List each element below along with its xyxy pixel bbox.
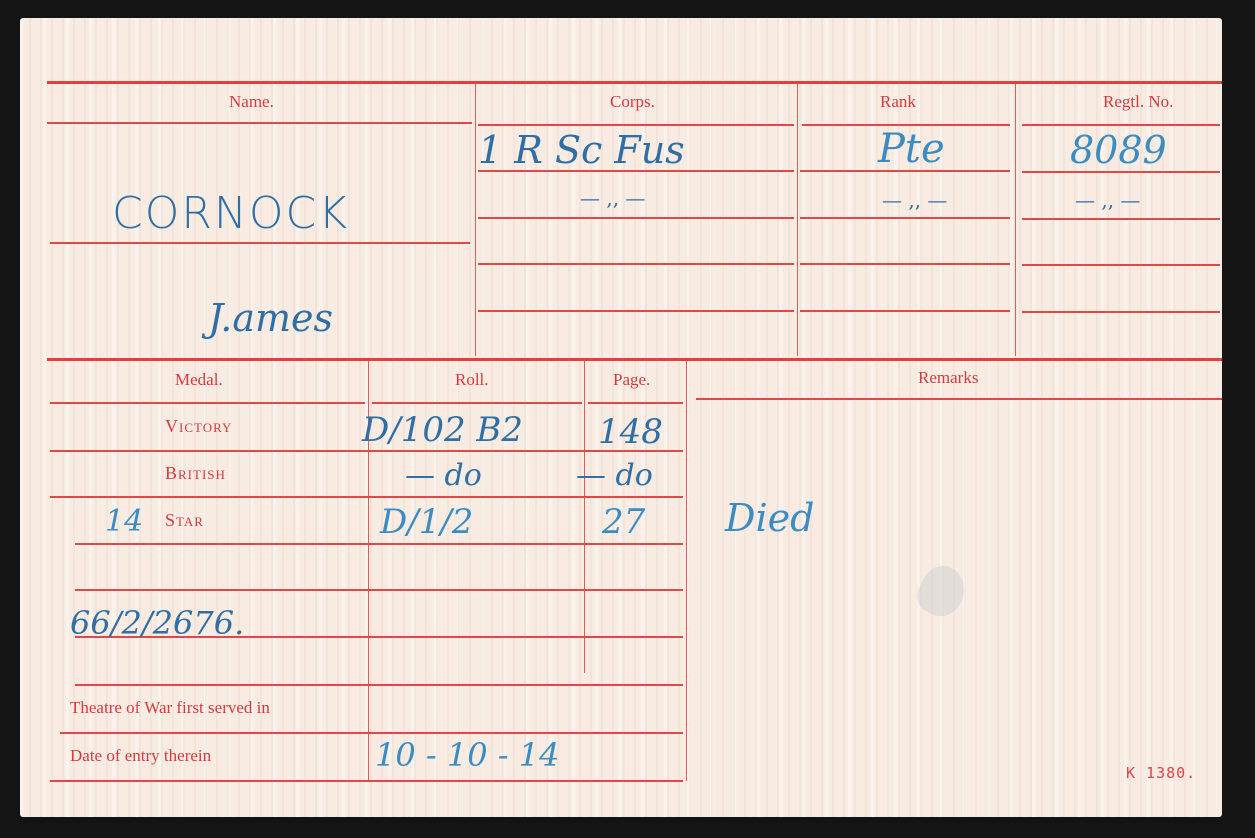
name-header-rule <box>47 122 472 124</box>
rank-ditto: — ,, — <box>882 188 947 212</box>
divider-name-corps <box>475 84 476 356</box>
regtl-no-value: 8089 <box>1070 128 1167 172</box>
remarks-value: Died <box>725 496 814 540</box>
page-victory-value: 148 <box>598 412 663 452</box>
divider-rank-regtl <box>1015 84 1016 356</box>
reference-note: 66/2/2676. <box>70 604 244 642</box>
name-header-label: Name. <box>229 92 274 112</box>
medal-row-rule-2 <box>50 496 683 498</box>
rank-header-label: Rank <box>880 92 916 112</box>
date-entry-label: Date of entry therein <box>70 746 211 766</box>
regtl-no-header-label: Regtl. No. <box>1103 92 1173 112</box>
corps-value: 1 R Sc Fus <box>478 128 685 172</box>
bottom-rule <box>50 780 683 782</box>
top-rule <box>47 81 1222 84</box>
roll-british-value: — do <box>405 458 482 493</box>
regtl-rule-5 <box>1022 311 1220 313</box>
regtl-rule-1 <box>1022 124 1220 126</box>
rank-rule-3 <box>800 217 1010 219</box>
medal-row-rule-7 <box>60 732 683 734</box>
regtl-rule-3 <box>1022 218 1220 220</box>
corps-rule-4 <box>478 263 794 265</box>
forename-value: J.ames <box>208 296 333 340</box>
corps-ditto: — ,, — <box>580 186 645 210</box>
name-mid-rule <box>50 242 470 244</box>
corps-rule-1 <box>478 124 794 126</box>
medal-star-label: Star <box>165 510 204 531</box>
corps-rule-5 <box>478 310 794 312</box>
corps-rule-3 <box>478 217 794 219</box>
divider-corps-rank <box>797 84 798 356</box>
ink-blot <box>911 559 972 623</box>
roll-header-rule <box>372 402 582 404</box>
medal-british-label: British <box>165 463 226 484</box>
divider-page-remarks <box>686 361 687 781</box>
medal-header-rule <box>50 402 365 404</box>
page-header-rule <box>588 402 683 404</box>
roll-star-value: D/1/2 <box>380 502 473 542</box>
roll-header-label: Roll. <box>455 370 489 390</box>
medal-header-label: Medal. <box>175 370 223 390</box>
medal-index-card: Name. Corps. Rank Regtl. No. CORNOCK J.a… <box>20 18 1222 817</box>
middle-rule <box>47 358 1222 361</box>
regtl-rule-4 <box>1022 264 1220 266</box>
page-header-label: Page. <box>613 370 650 390</box>
form-number-stamp: K 1380. <box>1126 764 1196 782</box>
corps-header-label: Corps. <box>610 92 655 112</box>
medal-row-rule-1 <box>50 450 683 452</box>
medal-row-rule-3 <box>75 543 683 545</box>
remarks-header-rule <box>696 398 1222 400</box>
theatre-label: Theatre of War first served in <box>70 698 270 718</box>
rank-rule-4 <box>800 263 1010 265</box>
date-entry-value: 10 - 10 - 14 <box>375 736 559 774</box>
surname-value: CORNOCK <box>112 188 349 239</box>
page-star-value: 27 <box>602 502 645 542</box>
page-british-value: — do <box>576 458 653 493</box>
regtl-no-ditto: — ,, — <box>1075 188 1140 212</box>
rank-value: Pte <box>878 126 945 172</box>
remarks-header-label: Remarks <box>918 368 978 388</box>
star-prefix-value: 14 <box>105 504 143 539</box>
medal-victory-label: Victory <box>165 416 232 437</box>
rank-rule-5 <box>800 310 1010 312</box>
divider-roll-page <box>584 361 585 673</box>
medal-row-rule-4 <box>75 589 683 591</box>
roll-victory-value: D/102 B2 <box>362 410 523 450</box>
medal-row-rule-6 <box>75 684 683 686</box>
